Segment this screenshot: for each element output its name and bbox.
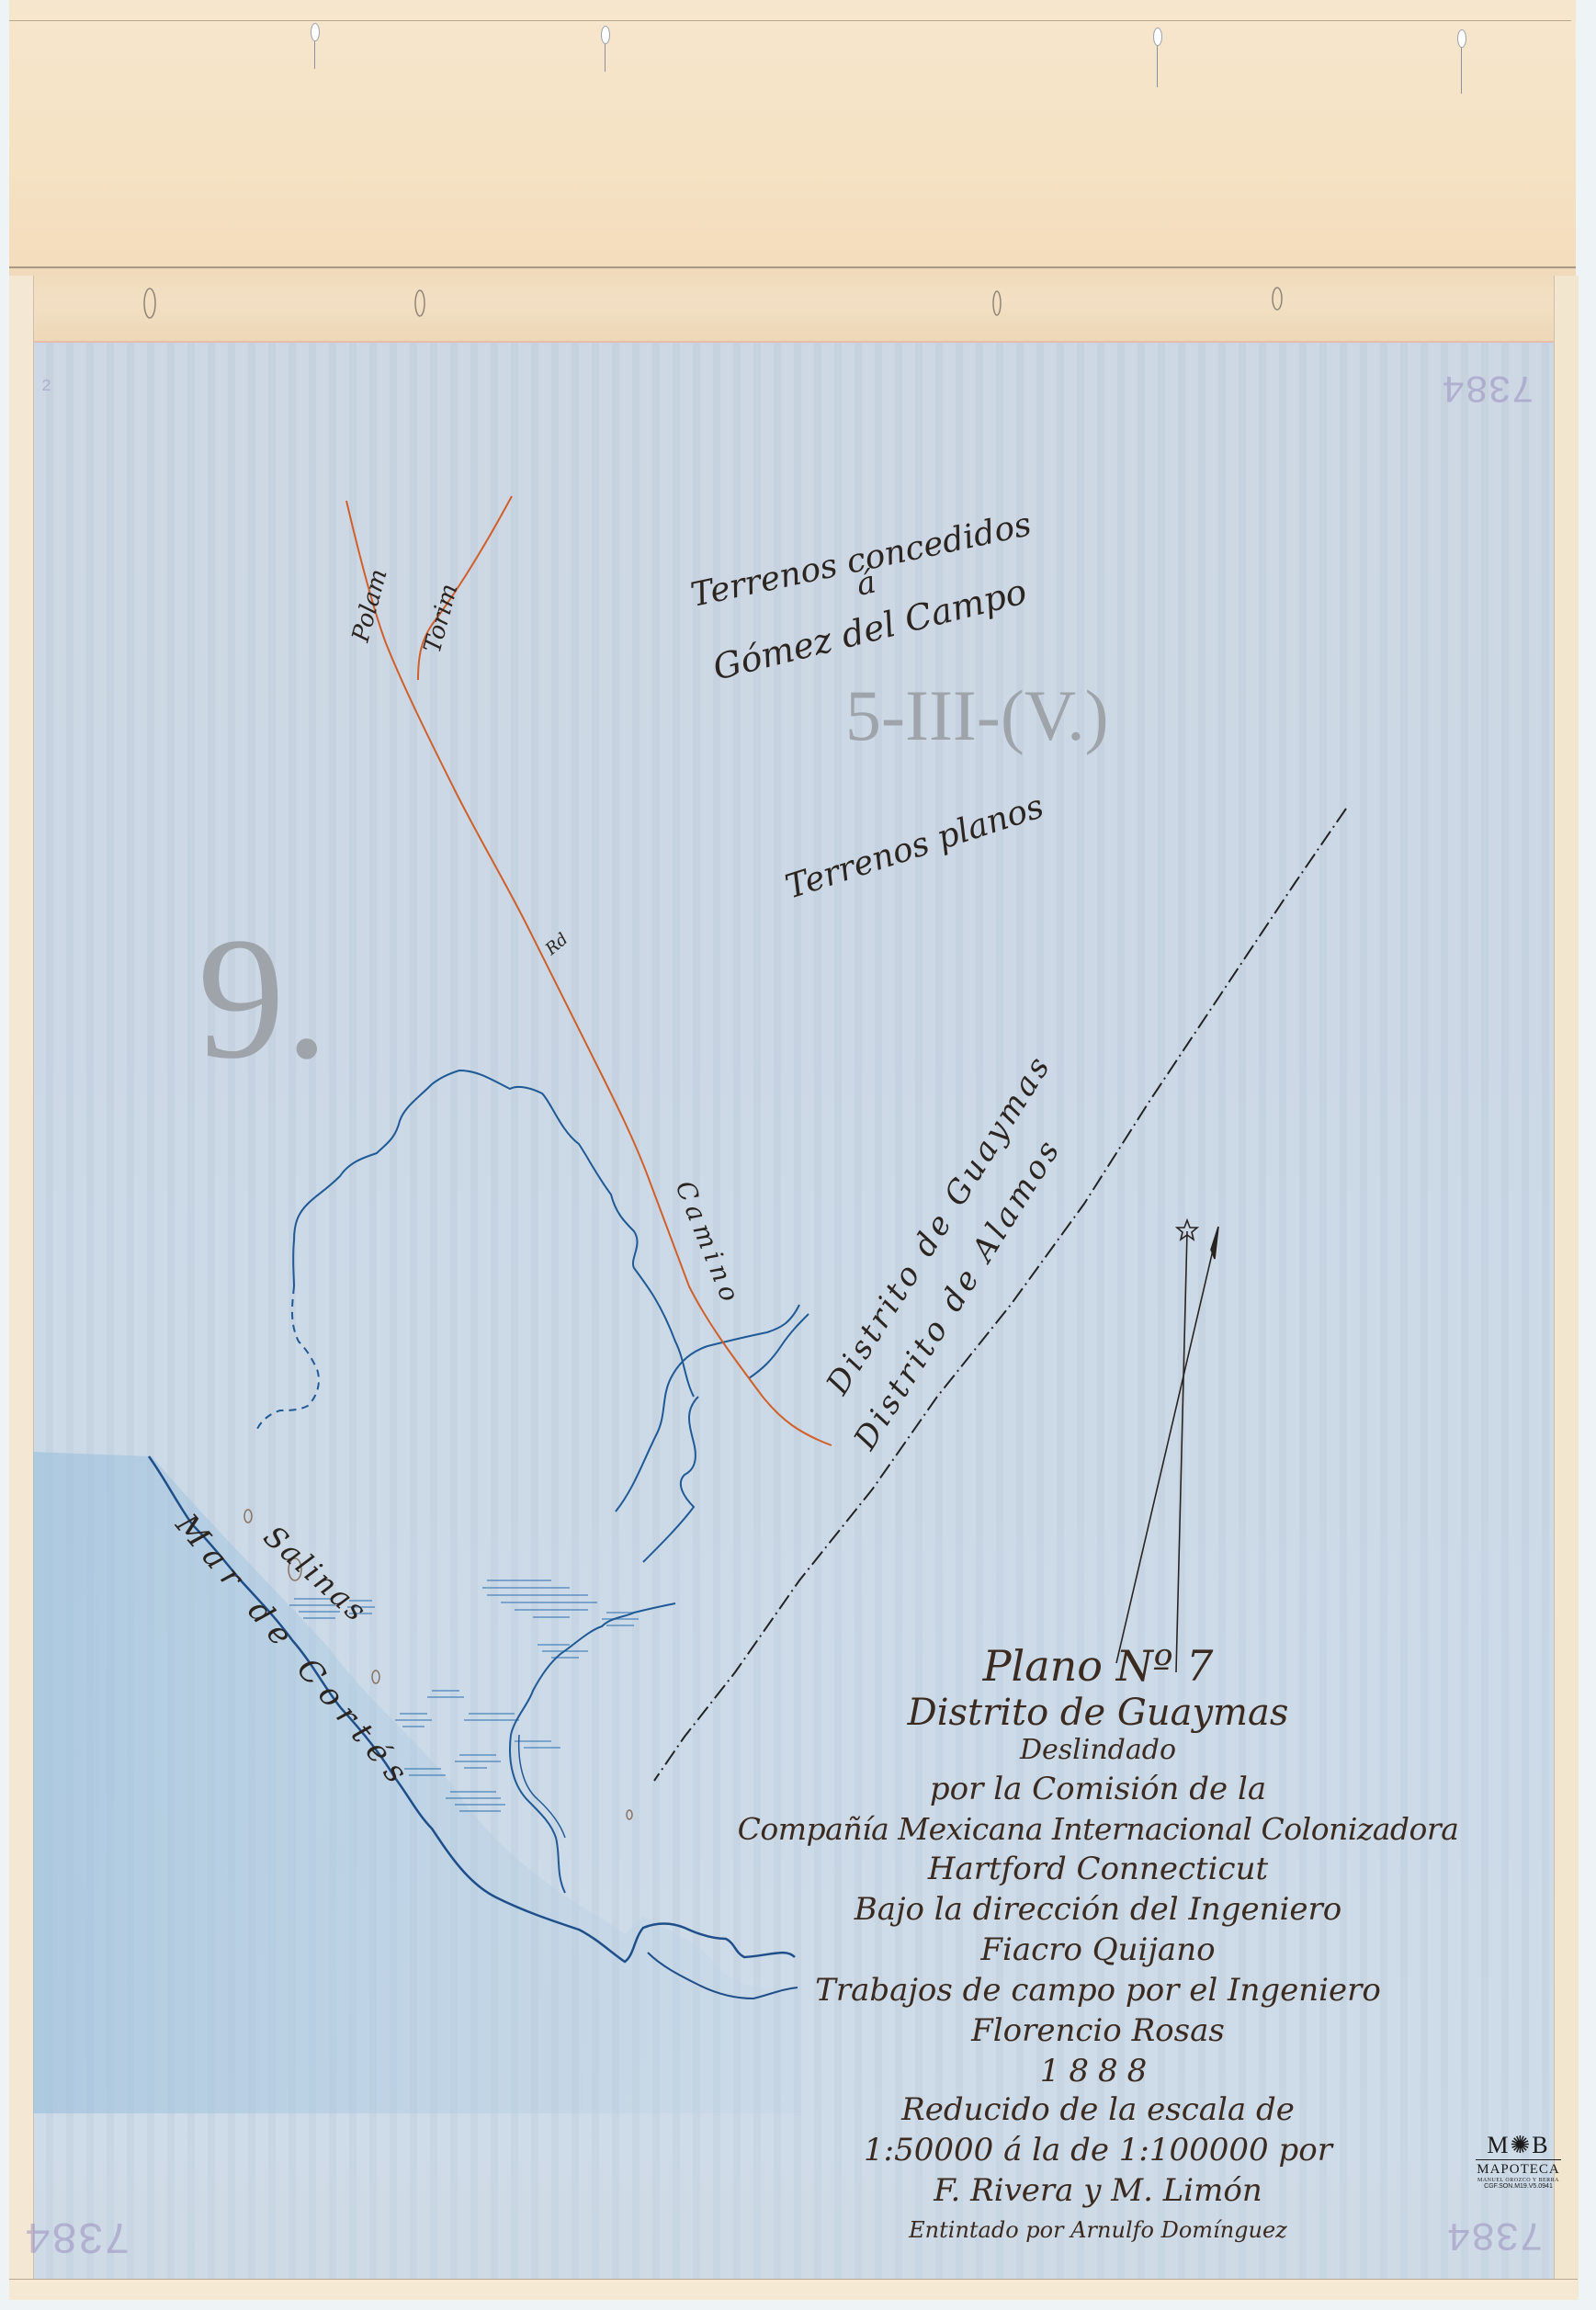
catalog-code: CGF.SON.M19.V5.0941 — [1470, 2183, 1567, 2190]
catalog-number-pencil: 5-III-(V.) — [845, 675, 1109, 755]
stamp-bottom-left: 7384 — [25, 2210, 130, 2259]
inked-by: Entintado por Arnulfo Domínguez — [707, 2219, 1488, 2241]
tape-ring-marks — [144, 288, 1282, 318]
sheet-number-pencil: 9. — [198, 902, 329, 1095]
district-boundary — [654, 809, 1346, 1781]
compass-rose-icon: M✺B — [1470, 2134, 1567, 2157]
road-mark: Rd — [541, 930, 572, 960]
commission-line: por la Comisión de la — [707, 1773, 1488, 1805]
river-delta — [511, 1603, 675, 1735]
stamp-top-right: 7384 — [1442, 365, 1534, 409]
mapoteca-logo: M✺B MAPOTECA MANUEL OROZCO Y BERRA CGF.S… — [1470, 2134, 1567, 2190]
plan-number: Plano Nº 7 — [707, 1645, 1488, 1687]
label-terrenos-planos: Terrenos planos — [781, 787, 1048, 906]
logo-divider — [1476, 2159, 1561, 2160]
label-torim: Torim — [419, 581, 464, 656]
north-arrow — [1116, 1220, 1218, 1672]
sea-area — [33, 1452, 799, 2113]
company-location: Hartford Connecticut — [707, 1853, 1488, 1885]
river-delta-3 — [519, 1735, 565, 1838]
fieldwork-line: Trabajos de campo por el Ingeniero — [707, 1975, 1488, 2006]
district-title: Distrito de Guaymas — [707, 1694, 1488, 1731]
survey-year: 1888 — [707, 2055, 1488, 2087]
title-cartouche: Plano Nº 7 Distrito de Guaymas Deslindad… — [707, 1645, 1488, 2241]
director-name: Fiacro Quijano — [707, 1934, 1488, 1965]
label-polam: Polam — [347, 566, 393, 646]
map-sheet: 9. 5-III-(V.) Terrenos concedidos á Góme… — [0, 0, 1596, 2310]
river-dashed — [257, 1286, 319, 1429]
company-name: Compañía Mexicana Internacional Coloniza… — [707, 1814, 1488, 1844]
direction-line: Bajo la dirección del Ingeniero — [707, 1894, 1488, 1925]
river-lower — [643, 1397, 698, 1562]
river-upper-loop — [293, 1070, 694, 1397]
scale-reduction-line: Reducido de la escala de — [707, 2094, 1488, 2125]
label-camino: Camino — [670, 1176, 748, 1310]
draftsmen: F. Rivera y M. Limón — [707, 2175, 1488, 2206]
surveyed-label: Deslindado — [707, 1737, 1488, 1764]
logo-name: MAPOTECA — [1470, 2162, 1567, 2178]
river-branch — [749, 1314, 809, 1378]
scale-values: 1:50000 á la de 1:100000 por — [707, 2134, 1488, 2166]
fieldwork-engineer: Florencio Rosas — [707, 2015, 1488, 2046]
stamp-top-left-mark: 2 — [41, 378, 51, 396]
